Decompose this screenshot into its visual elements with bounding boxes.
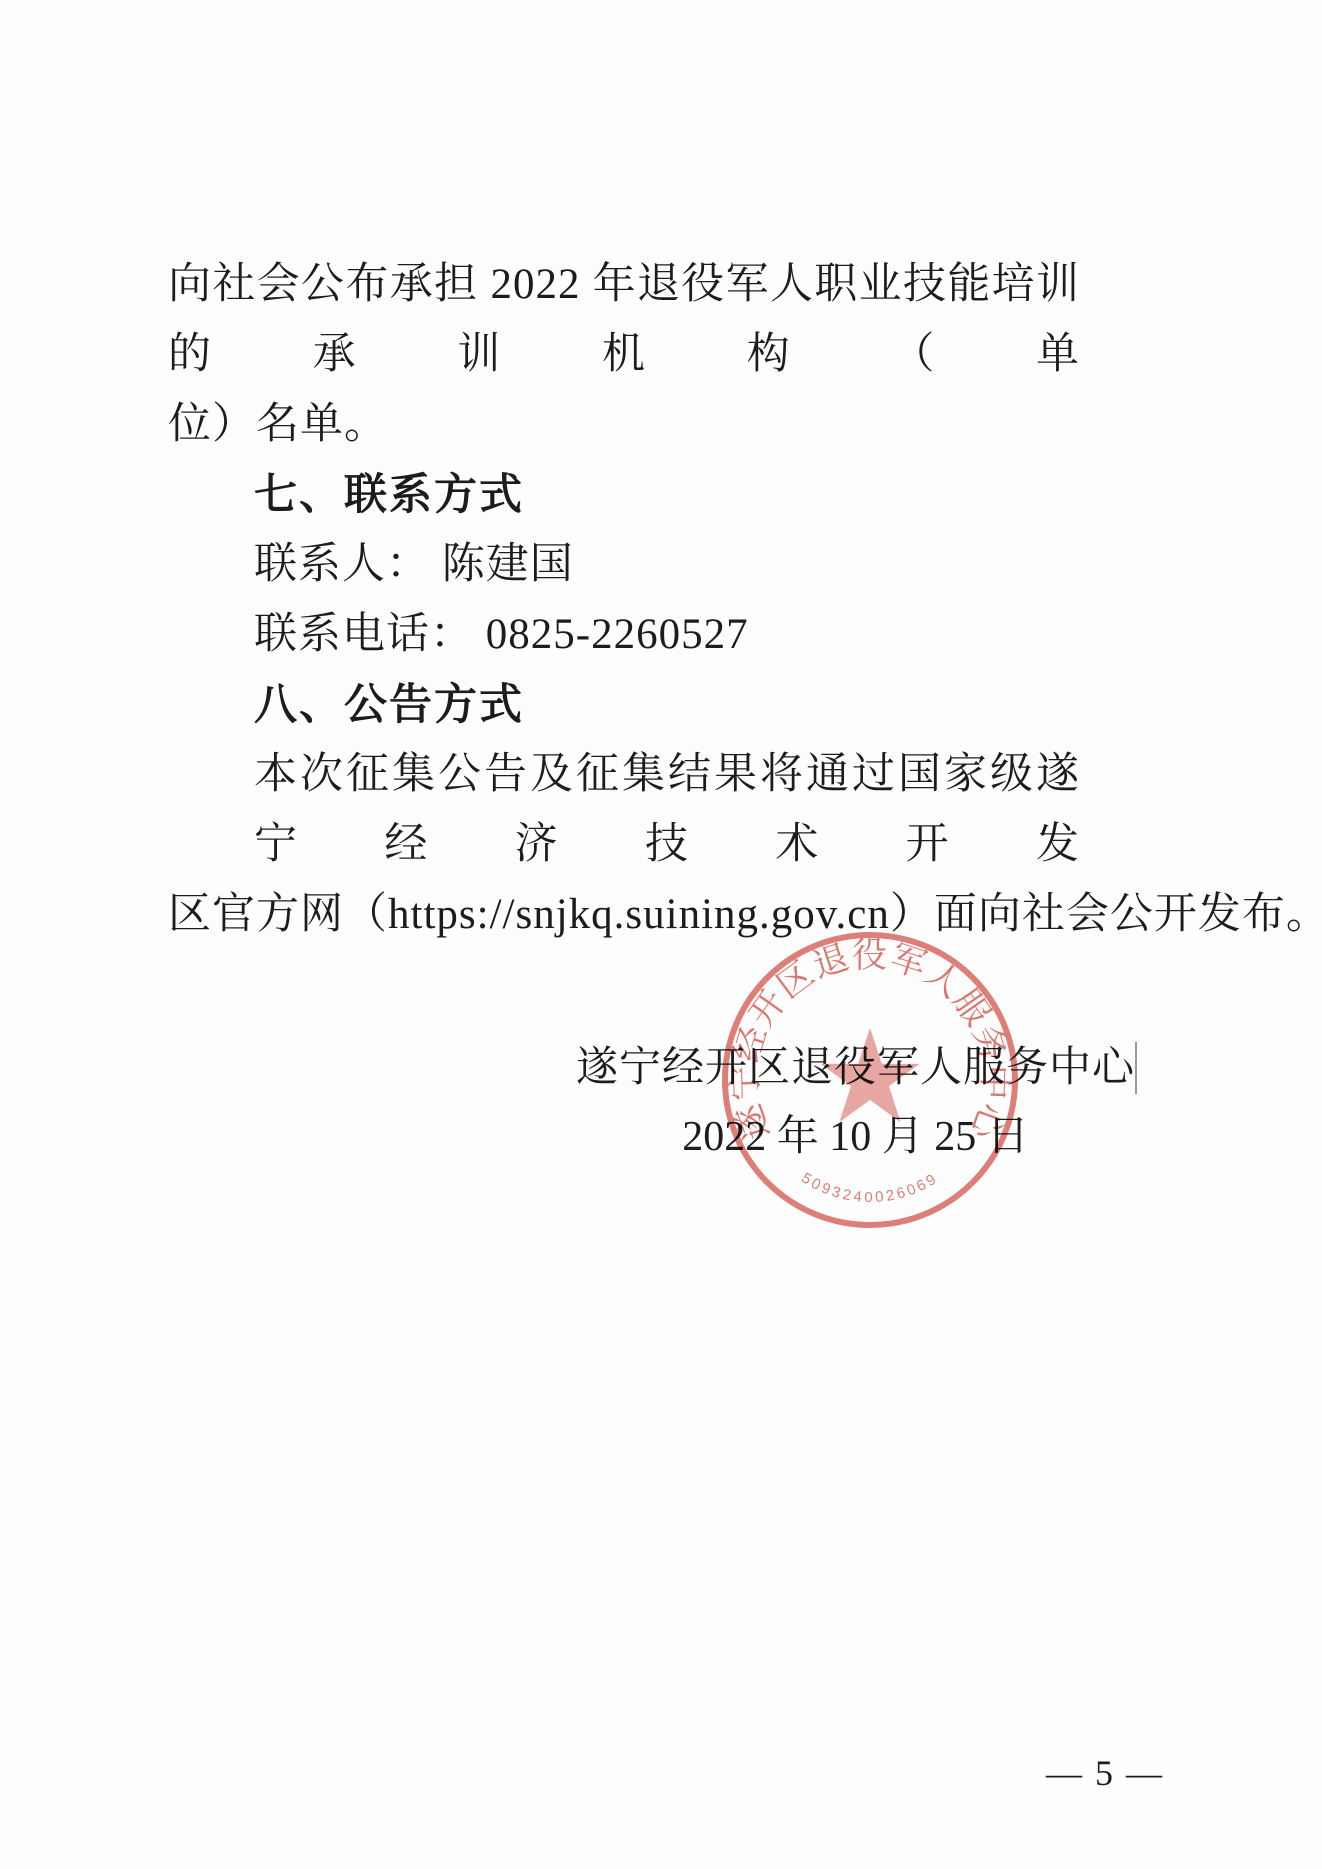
document-page: 向社会公布承担 2022 年退役军人职业技能培训的承训机构（单 位）名单。 七、… (0, 0, 1322, 1869)
svg-text:5093240026069: 5093240026069 (798, 1169, 941, 1206)
section7-heading: 七、联系方式 (168, 460, 1080, 530)
section8-line-2: 区官方网（https://snjkq.suining.gov.cn）面向社会公开… (168, 880, 1080, 950)
signature-date: 2022 年 10 月 25 日 (576, 1111, 1135, 1163)
scan-artifact-line (1135, 1042, 1137, 1094)
section8-line-1: 本次征集公告及征集结果将通过国家级遂宁经济技术开发 (168, 740, 1080, 880)
signature-block: 遂宁经开区退役军人服务中心 2022 年 10 月 25 日 (576, 1042, 1135, 1163)
signature-org: 遂宁经开区退役军人服务中心 (576, 1042, 1135, 1094)
seal-serial-number: 5093240026069 (798, 1169, 941, 1206)
page-number: — 5 — (1046, 1752, 1164, 1794)
paragraph-end-line-2: 位）名单。 (168, 390, 1080, 460)
contact-phone-line: 联系电话： 0825-2260527 (168, 600, 1080, 670)
contact-person-line: 联系人： 陈建国 (168, 530, 1080, 600)
paragraph-end-line-1: 向社会公布承担 2022 年退役军人职业技能培训的承训机构（单 (168, 250, 1080, 390)
document-body: 向社会公布承担 2022 年退役军人职业技能培训的承训机构（单 位）名单。 七、… (168, 250, 1080, 950)
section8-heading: 八、公告方式 (168, 670, 1080, 740)
